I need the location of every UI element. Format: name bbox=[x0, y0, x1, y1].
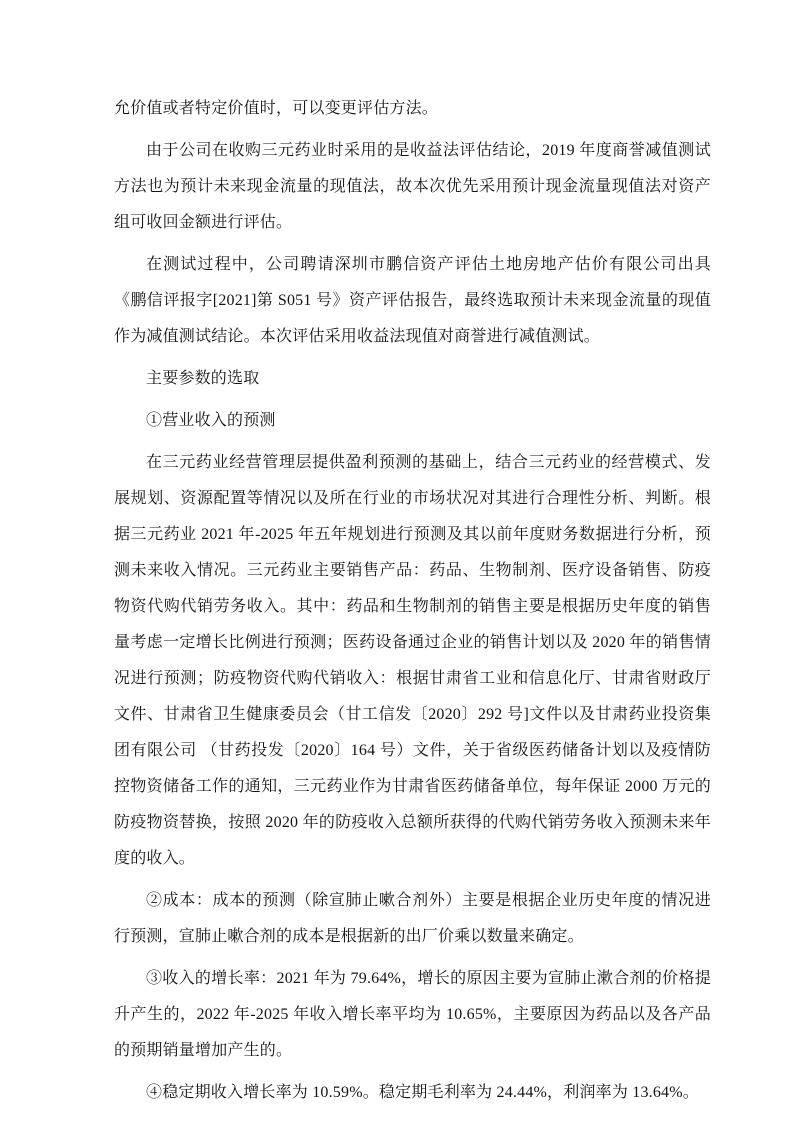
paragraph-method-selection: 由于公司在收购三元药业时采用的是收益法评估结论，2019 年度商誉减值测试方法也… bbox=[114, 133, 711, 241]
document-page: 允价值或者特定价值时，可以变更评估方法。 由于公司在收购三元药业时采用的是收益法… bbox=[0, 0, 793, 1122]
paragraph-item3-growth-rate: ③收入的增长率：2021 年为 79.64%，增长的原因主要为宣肺止漱合剂的价格… bbox=[114, 961, 711, 1069]
paragraph-item2-cost: ②成本：成本的预测（除宣肺止嗽合剂外）主要是根据企业历史年度的情况进行预测，宣肺… bbox=[114, 883, 711, 955]
paragraph-revenue-forecast-detail: 在三元药业经营管理层提供盈利预测的基础上，结合三元药业的经营模式、发展规划、资源… bbox=[114, 445, 711, 877]
paragraph-continuation-line: 允价值或者特定价值时，可以变更评估方法。 bbox=[114, 91, 711, 127]
paragraph-item4-stable-period: ④稳定期收入增长率为 10.59%。稳定期毛利率为 24.44%，利润率为 13… bbox=[114, 1075, 711, 1111]
page-text-block: 允价值或者特定价值时，可以变更评估方法。 由于公司在收购三元药业时采用的是收益法… bbox=[0, 0, 793, 1111]
paragraph-test-process: 在测试过程中，公司聘请深圳市鹏信资产评估土地房地产估价有限公司出具《鹏信评报字[… bbox=[114, 247, 711, 355]
heading-main-parameters: 主要参数的选取 bbox=[114, 361, 711, 397]
heading-item1-revenue-forecast: ①营业收入的预测 bbox=[114, 403, 711, 439]
